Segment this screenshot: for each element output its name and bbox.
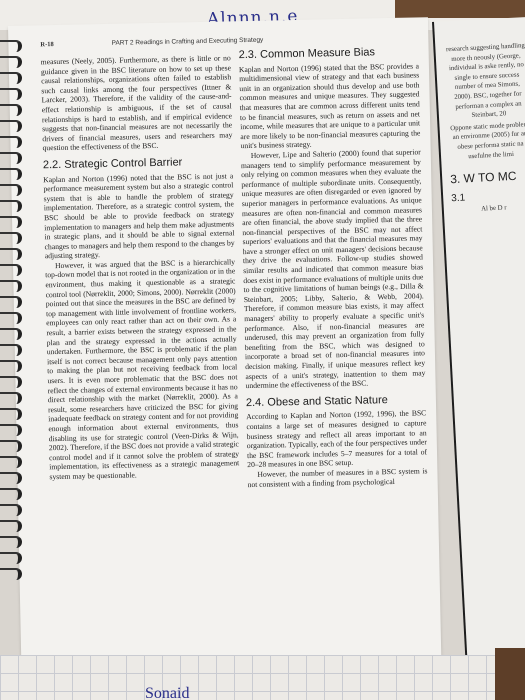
spiral-coil bbox=[0, 216, 22, 228]
spiral-coil bbox=[0, 536, 22, 548]
section-heading-2-2: 2.2. Strategic Control Barrier bbox=[43, 157, 233, 171]
section-2-2-paragraph-1: Kaplan and Norton (1996) noted that the … bbox=[43, 171, 235, 261]
page-number: R-18 bbox=[40, 41, 54, 48]
spiral-coil bbox=[0, 248, 22, 260]
section-2-3-paragraph-2: However, Lipe and Salterio (2000) found … bbox=[241, 147, 426, 391]
spiral-coil bbox=[0, 568, 22, 580]
spiral-coil bbox=[0, 376, 22, 388]
spiral-coil bbox=[0, 296, 22, 308]
spiral-coil bbox=[0, 72, 22, 84]
spiral-coil bbox=[0, 440, 22, 452]
spiral-coil bbox=[0, 56, 22, 68]
spiral-coil bbox=[0, 328, 22, 340]
wooden-table-corner bbox=[395, 0, 525, 18]
spiral-coil bbox=[0, 88, 22, 100]
next-page-section-heading: 3. W TO MC bbox=[450, 168, 525, 186]
running-head: R-18 PART 2 Readings in Crafting and Exe… bbox=[40, 37, 263, 49]
spiral-coil bbox=[0, 184, 22, 196]
section-2-4-paragraph-2: However, the number of measures in a BSC… bbox=[247, 466, 427, 489]
spiral-coil bbox=[0, 360, 22, 372]
spiral-coil bbox=[0, 488, 22, 500]
section-heading-2-3: 2.3. Common Measure Bias bbox=[239, 47, 419, 60]
spiral-coil bbox=[0, 520, 22, 532]
spiral-coil bbox=[0, 392, 22, 404]
spiral-coil bbox=[0, 456, 22, 468]
next-page-text-1: research suggesting handling more th neo… bbox=[443, 41, 525, 122]
spiral-coil bbox=[0, 504, 22, 516]
spiral-coil bbox=[0, 552, 22, 564]
spiral-coil bbox=[0, 200, 22, 212]
next-page-column: research suggesting handling more th neo… bbox=[443, 41, 525, 215]
spiral-coil bbox=[0, 280, 22, 292]
right-column: 2.3. Common Measure Bias Kaplan and Nort… bbox=[239, 47, 428, 489]
intro-paragraph: measures (Neely, 2005). Furthermore, as … bbox=[41, 53, 233, 153]
spiral-binding bbox=[0, 40, 22, 600]
spiral-coil bbox=[0, 264, 22, 276]
spiral-coil bbox=[0, 424, 22, 436]
spiral-coil bbox=[0, 344, 22, 356]
running-head-title: PART 2 Readings in Crafting and Executin… bbox=[111, 37, 263, 47]
spiral-coil bbox=[0, 472, 22, 484]
spiral-coil bbox=[0, 232, 22, 244]
section-2-4-paragraph-1: According to Kaplan and Norton (1992, 19… bbox=[246, 409, 427, 470]
spiral-coil bbox=[0, 40, 22, 52]
next-page-fragment: research suggesting handling more th neo… bbox=[432, 17, 525, 661]
left-column: measures (Neely, 2005). Furthermore, as … bbox=[41, 53, 240, 481]
spiral-coil bbox=[0, 408, 22, 420]
spiral-coil bbox=[0, 152, 22, 164]
book-page: R-18 PART 2 Readings in Crafting and Exe… bbox=[8, 17, 441, 666]
section-2-2-paragraph-2: However, it was argued that the BSC is a… bbox=[45, 257, 240, 482]
section-heading-2-4: 2.4. Obese and Static Nature bbox=[246, 395, 426, 408]
spiral-coil bbox=[0, 168, 22, 180]
spiral-coil bbox=[0, 104, 22, 116]
wooden-table-corner-bottom bbox=[495, 648, 525, 700]
handwritten-note-bottom: Sonaid bbox=[145, 685, 189, 700]
spiral-coil bbox=[0, 120, 22, 132]
grid-paper-background bbox=[0, 655, 525, 700]
section-2-3-paragraph-1: Kaplan and Norton (1996) stated that the… bbox=[239, 61, 421, 151]
spiral-coil bbox=[0, 136, 22, 148]
next-page-text-2: Oppone static mode problem an environme … bbox=[447, 120, 525, 163]
spiral-coil bbox=[0, 312, 22, 324]
